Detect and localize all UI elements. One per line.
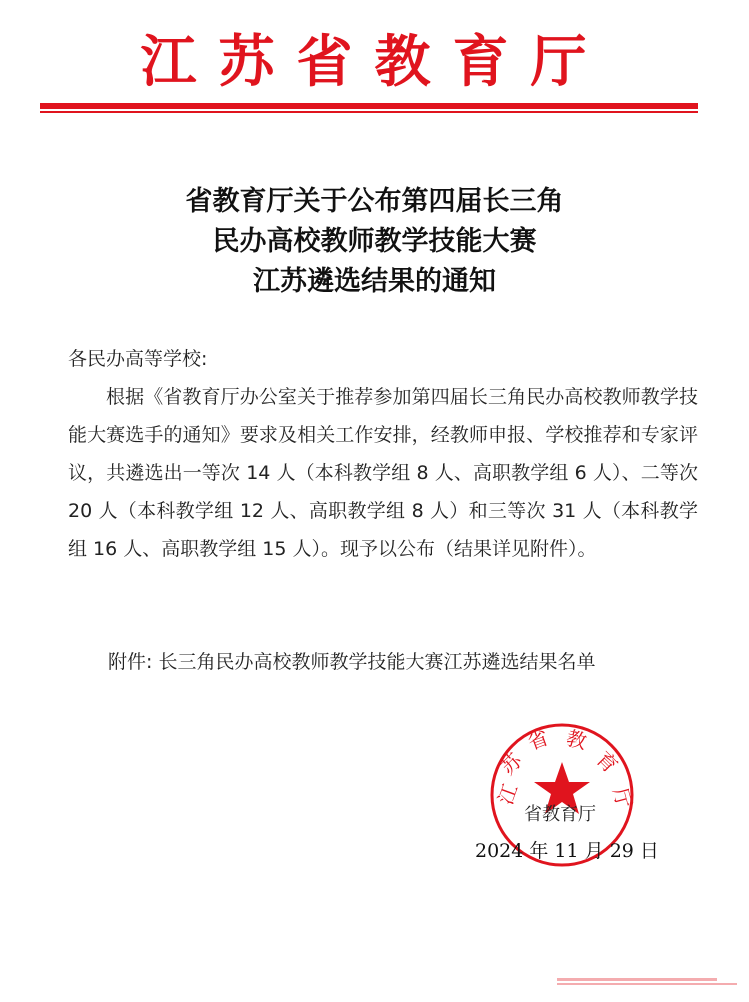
letterhead-char: 育 [453, 30, 531, 94]
title-line: 省教育厅关于公布第四届长三角 [0, 182, 749, 222]
issuer-name: 省教育厅 [524, 800, 596, 826]
document-title: 省教育厅关于公布第四届长三角 民办高校教师教学技能大赛 江苏遴选结果的通知 [0, 182, 749, 302]
svg-text:教: 教 [564, 726, 590, 754]
letterhead-title: 江苏省教育厅 [0, 30, 749, 94]
letterhead-char: 省 [297, 30, 375, 94]
letterhead-char: 江 [141, 30, 219, 94]
document-body: 各民办高等学校: 根据《省教育厅办公室关于推荐参加第四届长三角民办高校教师教学技… [68, 340, 698, 568]
svg-text:苏: 苏 [496, 748, 528, 780]
attachment-note: 附件: 长三角民办高校教师教学技能大赛江苏遴选结果名单 [108, 644, 595, 680]
letterhead-char: 厅 [531, 30, 609, 94]
letterhead-rule-thin [40, 111, 698, 113]
salutation: 各民办高等学校: [68, 340, 698, 378]
letterhead-char: 教 [375, 30, 453, 94]
body-paragraph: 根据《省教育厅办公室关于推荐参加第四届长三角民办高校教师教学技能大赛选手的通知》… [68, 378, 698, 568]
title-line: 江苏遴选结果的通知 [0, 262, 749, 302]
letterhead-rule-thick [40, 103, 698, 109]
title-line: 民办高校教师教学技能大赛 [0, 222, 749, 262]
svg-text:省: 省 [525, 725, 552, 754]
svg-text:江: 江 [493, 781, 522, 808]
issue-date: 2024 年 11 月 29 日 [475, 836, 659, 863]
watermark [557, 978, 737, 988]
letterhead-char: 苏 [219, 30, 297, 94]
